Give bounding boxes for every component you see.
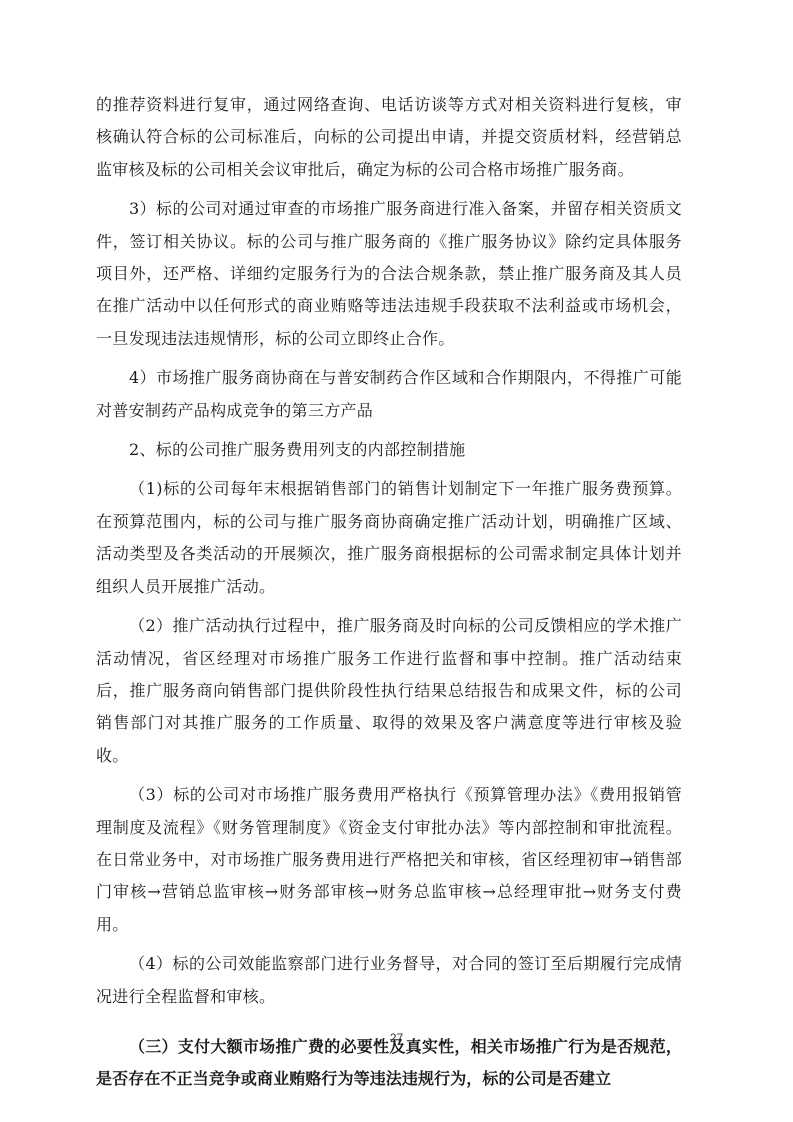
paragraph-control-2-execution: （2）推广活动执行过程中，推广服务商及时向标的公司反馈相应的学术推广活动情况，省… [96,610,682,772]
document-page: 的推荐资料进行复审，通过网络查询、电话访谈等方式对相关资料进行复核，审核确认符合… [96,89,682,1103]
paragraph-control-3-approval: （3）标的公司对市场推广服务费用严格执行《预算管理办法》《费用报销管理制度及流程… [96,779,682,941]
paragraph-control-4-supervision: （4）标的公司效能监察部门进行业务督导，对合同的签订至后期履行完成情况进行全程监… [96,948,682,1013]
paragraph-control-1-budget: （1)标的公司每年末根据销售部门的销售计划制定下一年推广服务费预算。在预算范围内… [96,473,682,603]
section-heading-internal-control: 2、标的公司推广服务费用列支的内部控制措施 [96,434,682,466]
paragraph-continued-review: 的推荐资料进行复审，通过网络查询、电话访谈等方式对相关资料进行复核，审核确认符合… [96,89,682,186]
paragraph-item-3-admission: 3）标的公司对通过审查的市场推广服务商进行准入备案，并留存相关资质文件，签订相关… [96,193,682,355]
page-number: 27 [0,1031,793,1045]
paragraph-item-4-competition: 4）市场推广服务商协商在与普安制药合作区域和合作期限内，不得推广可能对普安制药产… [96,362,682,427]
